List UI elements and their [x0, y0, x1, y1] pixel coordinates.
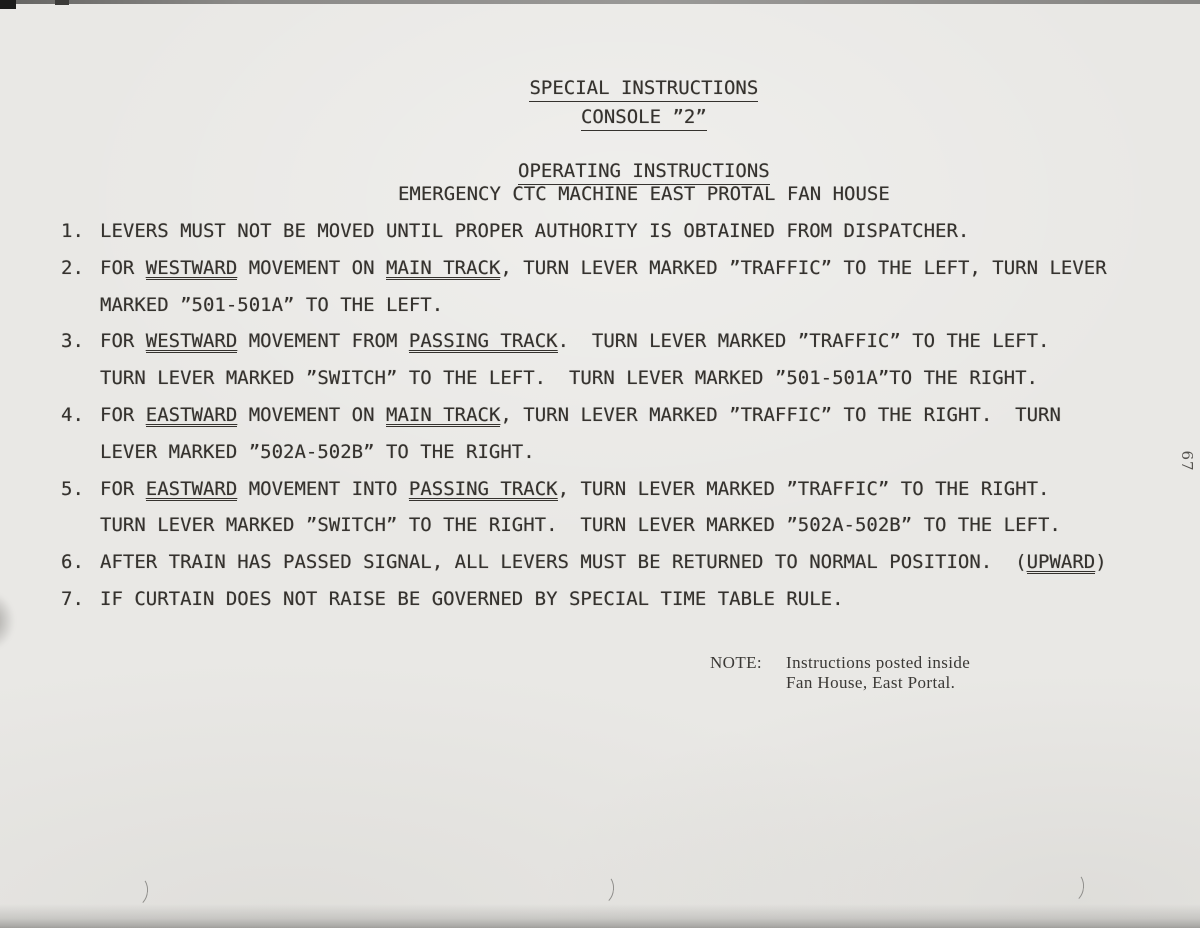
underlined-term: WESTWARD: [146, 259, 238, 280]
instruction-text-line: LEVERS MUST NOT BE MOVED UNTIL PROPER AU…: [100, 213, 969, 250]
instruction-item-3: 3.FOR WESTWARD MOVEMENT FROM PASSING TRA…: [61, 323, 1107, 397]
text-segment: AFTER TRAIN HAS PASSED SIGNAL, ALL LEVER…: [100, 551, 1027, 573]
note-text-line-2: Fan House, East Portal.: [786, 673, 970, 693]
section-subtitle-text: EMERGENCY CTC MACHINE EAST PROTAL FAN HO…: [398, 183, 890, 205]
text-segment: FOR: [100, 478, 146, 500]
text-segment: TURN LEVER MARKED ”SWITCH” TO THE RIGHT.…: [100, 514, 1061, 536]
instruction-text: FOR EASTWARD MOVEMENT ON MAIN TRACK, TUR…: [100, 397, 1061, 471]
underlined-term: MAIN TRACK: [386, 406, 500, 427]
instruction-item-1: 1.LEVERS MUST NOT BE MOVED UNTIL PROPER …: [61, 213, 1107, 250]
instruction-number: 7.: [61, 581, 100, 618]
instruction-item-2: 2.FOR WESTWARD MOVEMENT ON MAIN TRACK, T…: [61, 250, 1107, 324]
scan-edge-mark-artifact: [55, 0, 69, 5]
text-segment: LEVERS MUST NOT BE MOVED UNTIL PROPER AU…: [100, 220, 969, 242]
instruction-text: LEVERS MUST NOT BE MOVED UNTIL PROPER AU…: [100, 213, 969, 250]
binder-ring-shadow-3: [1060, 871, 1085, 903]
scan-bottom-edge-artifact: [0, 904, 1200, 928]
text-segment: FOR: [100, 404, 146, 426]
instruction-item-4: 4.FOR EASTWARD MOVEMENT ON MAIN TRACK, T…: [61, 397, 1107, 471]
note-label: NOTE:: [710, 653, 762, 673]
page-number: 67: [1178, 448, 1196, 474]
instruction-text-line: TURN LEVER MARKED ”SWITCH” TO THE RIGHT.…: [100, 507, 1061, 544]
text-segment: TURN LEVER MARKED ”SWITCH” TO THE LEFT. …: [100, 367, 1038, 389]
instruction-number: 4.: [61, 397, 100, 471]
note-text-line-1: Instructions posted inside: [786, 653, 970, 673]
instruction-text-line: LEVER MARKED ”502A-502B” TO THE RIGHT.: [100, 434, 1061, 471]
note-text: Instructions posted inside Fan House, Ea…: [786, 653, 970, 692]
instruction-item-5: 5.FOR EASTWARD MOVEMENT INTO PASSING TRA…: [61, 471, 1107, 545]
instruction-number: 2.: [61, 250, 100, 324]
text-segment: LEVER MARKED ”502A-502B” TO THE RIGHT.: [100, 441, 535, 463]
instruction-text-line: IF CURTAIN DOES NOT RAISE BE GOVERNED BY…: [100, 581, 844, 618]
scan-corner-mark-artifact: [0, 0, 16, 9]
underlined-term: EASTWARD: [146, 406, 238, 427]
console-label-text: CONSOLE ”2”: [581, 106, 707, 131]
text-segment: , TURN LEVER MARKED ”TRAFFIC” TO THE LEF…: [500, 257, 1106, 279]
instruction-number: 1.: [61, 213, 100, 250]
instruction-text-line: AFTER TRAIN HAS PASSED SIGNAL, ALL LEVER…: [100, 544, 1107, 581]
text-segment: . TURN LEVER MARKED ”TRAFFIC” TO THE LEF…: [558, 330, 1050, 352]
text-segment: MARKED ”501-501A” TO THE LEFT.: [100, 294, 443, 316]
underlined-term: WESTWARD: [146, 332, 238, 353]
instruction-text: IF CURTAIN DOES NOT RAISE BE GOVERNED BY…: [100, 581, 844, 618]
underlined-term: EASTWARD: [146, 480, 238, 501]
instruction-text: FOR EASTWARD MOVEMENT INTO PASSING TRACK…: [100, 471, 1061, 545]
note-block: NOTE: Instructions posted inside Fan Hou…: [710, 653, 970, 692]
instruction-number: 6.: [61, 544, 100, 581]
binder-ring-shadow-1: [124, 875, 149, 907]
instruction-text: FOR WESTWARD MOVEMENT ON MAIN TRACK, TUR…: [100, 250, 1107, 324]
text-segment: FOR: [100, 257, 146, 279]
instruction-text-line: TURN LEVER MARKED ”SWITCH” TO THE LEFT. …: [100, 360, 1049, 397]
instruction-text-line: FOR WESTWARD MOVEMENT ON MAIN TRACK, TUR…: [100, 250, 1107, 287]
instruction-text-line: FOR WESTWARD MOVEMENT FROM PASSING TRACK…: [100, 323, 1049, 360]
instruction-number: 5.: [61, 471, 100, 545]
text-segment: FOR: [100, 330, 146, 352]
text-segment: MOVEMENT FROM: [237, 330, 409, 352]
instruction-item-6: 6.AFTER TRAIN HAS PASSED SIGNAL, ALL LEV…: [61, 544, 1107, 581]
instruction-number: 3.: [61, 323, 100, 397]
text-segment: ): [1095, 551, 1106, 573]
underlined-term: MAIN TRACK: [386, 259, 500, 280]
instruction-text: FOR WESTWARD MOVEMENT FROM PASSING TRACK…: [100, 323, 1049, 397]
text-segment: IF CURTAIN DOES NOT RAISE BE GOVERNED BY…: [100, 588, 844, 610]
instruction-text-line: FOR EASTWARD MOVEMENT ON MAIN TRACK, TUR…: [100, 397, 1061, 434]
binder-ring-shadow-2: [590, 873, 615, 905]
text-segment: MOVEMENT ON: [237, 257, 386, 279]
instruction-text-line: FOR EASTWARD MOVEMENT INTO PASSING TRACK…: [100, 471, 1061, 508]
scanned-document-page: SPECIAL INSTRUCTIONS CONSOLE ”2” OPERATI…: [0, 0, 1200, 928]
text-segment: MOVEMENT ON: [237, 404, 386, 426]
instruction-list: 1.LEVERS MUST NOT BE MOVED UNTIL PROPER …: [61, 213, 1107, 618]
underlined-term: UPWARD: [1027, 553, 1096, 574]
underlined-term: PASSING TRACK: [409, 480, 558, 501]
text-segment: MOVEMENT INTO: [237, 478, 409, 500]
underlined-term: PASSING TRACK: [409, 332, 558, 353]
instruction-text-line: MARKED ”501-501A” TO THE LEFT.: [100, 287, 1107, 324]
scan-top-edge-artifact: [0, 0, 1200, 4]
instruction-item-7: 7.IF CURTAIN DOES NOT RAISE BE GOVERNED …: [61, 581, 1107, 618]
text-segment: , TURN LEVER MARKED ”TRAFFIC” TO THE RIG…: [500, 404, 1061, 426]
instruction-text: AFTER TRAIN HAS PASSED SIGNAL, ALL LEVER…: [100, 544, 1107, 581]
scan-smudge-artifact: [0, 592, 14, 650]
text-segment: , TURN LEVER MARKED ”TRAFFIC” TO THE RIG…: [558, 478, 1050, 500]
